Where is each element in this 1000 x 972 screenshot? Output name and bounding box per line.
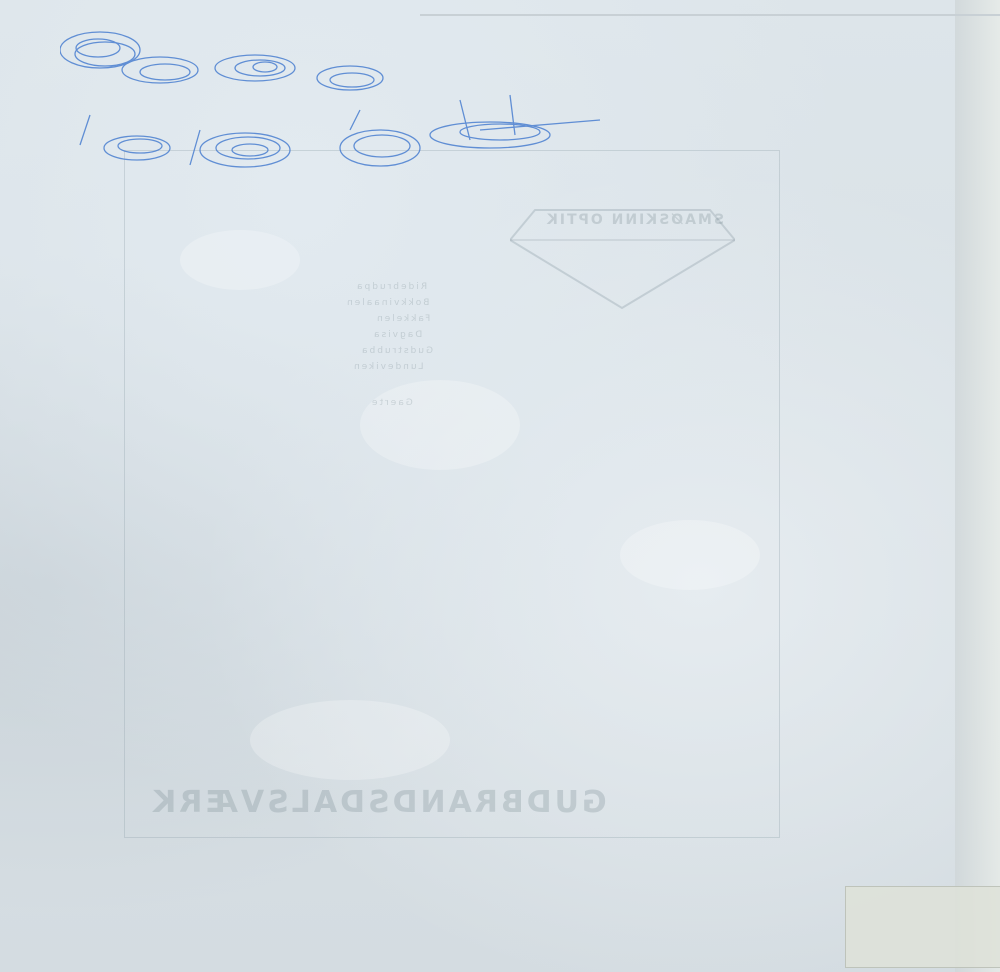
ghost-line: Lundeviken [352,362,423,372]
masking-tape [845,886,1000,968]
ghost-line: Ridebrudpa [355,282,427,292]
sleeve-seam [420,14,1000,16]
ghost-line: Fakkelen [375,314,430,324]
ghost-badge-text: SMAØSKINN OPTIK [545,212,724,228]
ghost-bottom-heading: GUDBRANDSDALSVÆRK [150,785,607,820]
sleeve-edge [955,0,1000,972]
ghost-line: Gaerte [370,398,413,408]
ghost-line: Dagvisa [372,330,422,340]
ghost-line: Bokkvinaalen [345,298,429,308]
ghost-line: Gudstrubba [360,346,433,356]
blue-pen-scribble [60,20,620,170]
record-sleeve: SMAØSKINN OPTIK Ridebrudpa Bokkvinaalen … [0,0,1000,972]
